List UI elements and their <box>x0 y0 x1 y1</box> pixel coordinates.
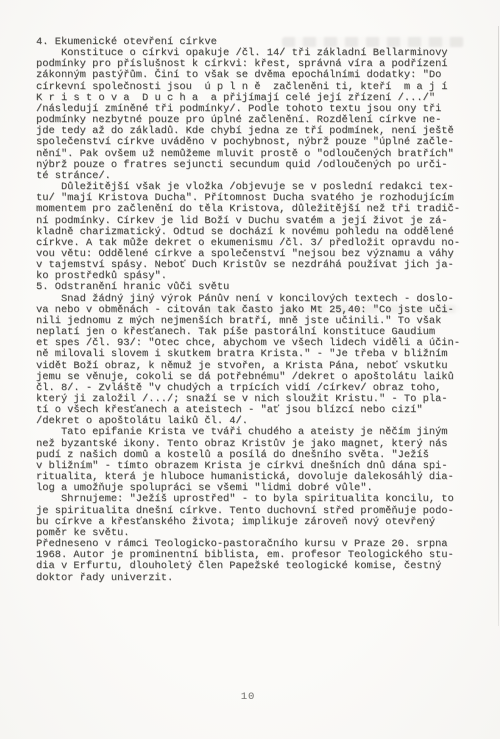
section-5-paragraph-1: Snad žádný jiný výrok Pánův není v konci… <box>36 294 476 428</box>
section-5-paragraph-3: Shrnujeme: "Ježíš uprostřed" - to byla s… <box>36 494 476 539</box>
section-4-paragraph-2: Důležitější však je vložka /objevuje se … <box>36 182 476 282</box>
page-content: 4. Ekumenické otevření církve Konstituce… <box>36 37 476 584</box>
section-5-heading: 5. Odstranění hranic vůči světu <box>36 282 476 293</box>
document-page: 4. Ekumenické otevření církve Konstituce… <box>0 0 500 739</box>
section-4-paragraph-1: Konstituce o církvi opakuje /čl. 14/ tři… <box>36 48 476 182</box>
footnote: Předneseno v rámci Teologicko-pastorační… <box>36 539 476 584</box>
section-5-paragraph-2: Tato epifanie Krista ve tváři chudého a … <box>36 427 476 494</box>
scan-edge-artifact <box>498 26 500 626</box>
page-number: 10 <box>208 691 288 703</box>
